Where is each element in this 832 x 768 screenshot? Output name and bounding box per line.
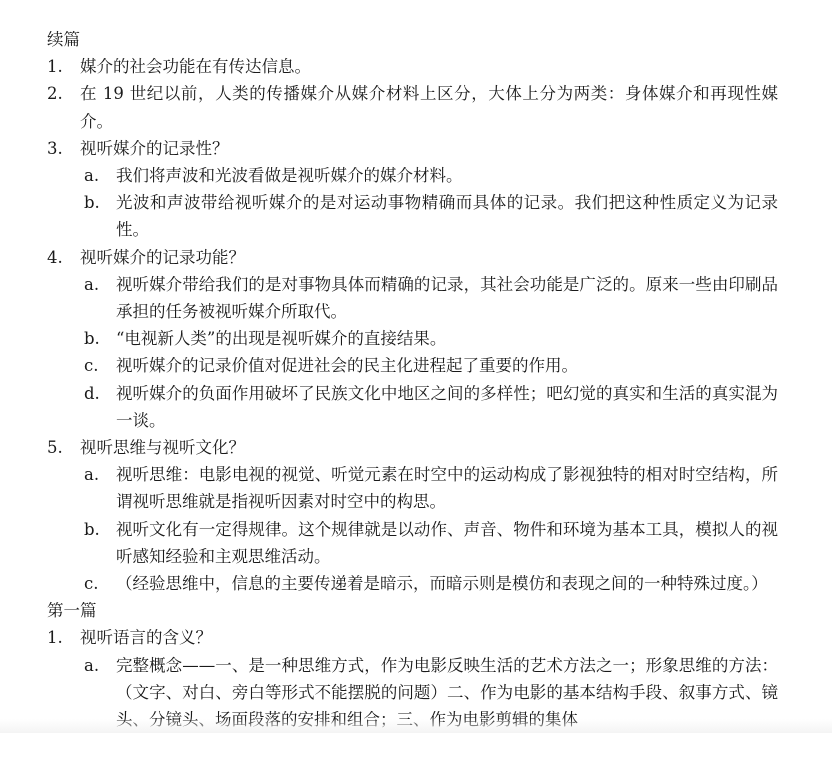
item-text: 在 19 世纪以前，人类的传播媒介从媒介材料上区分，大体上分为两类：身体媒介和再… <box>80 80 778 134</box>
sub-item-letter: a. <box>84 162 116 189</box>
sub-item: d. 视听媒介的负面作用破坏了民族文化中地区之间的多样性；吧幻觉的真实和生活的真… <box>84 380 778 434</box>
list-item: 5. 视听思维与视听文化？ <box>47 434 778 461</box>
section-heading: 续篇 <box>47 26 778 53</box>
sub-item: b. 视听文化有一定得规律。这个规律就是以动作、声音、物件和环境为基本工具，模拟… <box>84 516 778 570</box>
sub-item: b. “电视新人类”的出现是视听媒介的直接结果。 <box>84 325 778 352</box>
sub-item: c. 视听媒介的记录价值对促进社会的民主化进程起了重要的作用。 <box>84 352 778 379</box>
item-number: 5. <box>47 434 80 461</box>
list-item: 3. 视听媒介的记录性？ <box>47 135 778 162</box>
item-text: 视听媒介的记录功能？ <box>80 244 778 271</box>
item-number: 1. <box>47 53 80 80</box>
sub-item-letter: a. <box>84 461 116 515</box>
sub-item-letter: a. <box>84 271 116 325</box>
list-item: 1. 媒介的社会功能在有传达信息。 <box>47 53 778 80</box>
item-number: 1. <box>47 624 80 651</box>
sub-item: c. （经验思维中，信息的主要传递着是暗示，而暗示则是模仿和表现之间的一种特殊过… <box>84 570 778 597</box>
list-item: 4. 视听媒介的记录功能？ <box>47 244 778 271</box>
list-item: 1. 视听语言的含义？ <box>47 624 778 651</box>
sub-item-text: “电视新人类”的出现是视听媒介的直接结果。 <box>116 325 778 352</box>
document-page: 续篇 1. 媒介的社会功能在有传达信息。 2. 在 19 世纪以前，人类的传播媒… <box>0 0 832 733</box>
item-number: 3. <box>47 135 80 162</box>
sub-item-text: 光波和声波带给视听媒介的是对运动事物精确而具体的记录。我们把这种性质定义为记录性… <box>116 189 778 243</box>
sub-item-letter: b. <box>84 189 116 243</box>
sub-item: b. 光波和声波带给视听媒介的是对运动事物精确而具体的记录。我们把这种性质定义为… <box>84 189 778 243</box>
sub-item-letter: c. <box>84 570 116 597</box>
list-item: 2. 在 19 世纪以前，人类的传播媒介从媒介材料上区分，大体上分为两类：身体媒… <box>47 80 778 134</box>
sub-item-text: 视听媒介的负面作用破坏了民族文化中地区之间的多样性；吧幻觉的真实和生活的真实混为… <box>116 380 778 434</box>
sub-item-letter: c. <box>84 352 116 379</box>
item-text: 视听媒介的记录性？ <box>80 135 778 162</box>
sub-item-text: 我们将声波和光波看做是视听媒介的媒介材料。 <box>116 162 778 189</box>
item-number: 4. <box>47 244 80 271</box>
page-bottom-fade <box>0 719 832 733</box>
sub-item-text: （经验思维中，信息的主要传递着是暗示，而暗示则是模仿和表现之间的一种特殊过度。） <box>116 570 778 597</box>
sub-item-text: 视听媒介的记录价值对促进社会的民主化进程起了重要的作用。 <box>116 352 778 379</box>
item-text: 视听思维与视听文化？ <box>80 434 778 461</box>
item-text: 视听语言的含义？ <box>80 624 778 651</box>
sub-item-letter: b. <box>84 325 116 352</box>
item-text: 媒介的社会功能在有传达信息。 <box>80 53 778 80</box>
sub-item-letter: b. <box>84 516 116 570</box>
sub-item-text: 视听文化有一定得规律。这个规律就是以动作、声音、物件和环境为基本工具，模拟人的视… <box>116 516 778 570</box>
sub-item: a. 视听思维：电影电视的视觉、听觉元素在时空中的运动构成了影视独特的相对时空结… <box>84 461 778 515</box>
sub-item: a. 视听媒介带给我们的是对事物具体而精确的记录，其社会功能是广泛的。原来一些由… <box>84 271 778 325</box>
item-number: 2. <box>47 80 80 134</box>
section-heading: 第一篇 <box>47 597 778 624</box>
sub-item-text: 视听思维：电影电视的视觉、听觉元素在时空中的运动构成了影视独特的相对时空结构，所… <box>116 461 778 515</box>
sub-item: a. 我们将声波和光波看做是视听媒介的媒介材料。 <box>84 162 778 189</box>
sub-item-text: 视听媒介带给我们的是对事物具体而精确的记录，其社会功能是广泛的。原来一些由印刷品… <box>116 271 778 325</box>
sub-item-letter: d. <box>84 380 116 434</box>
